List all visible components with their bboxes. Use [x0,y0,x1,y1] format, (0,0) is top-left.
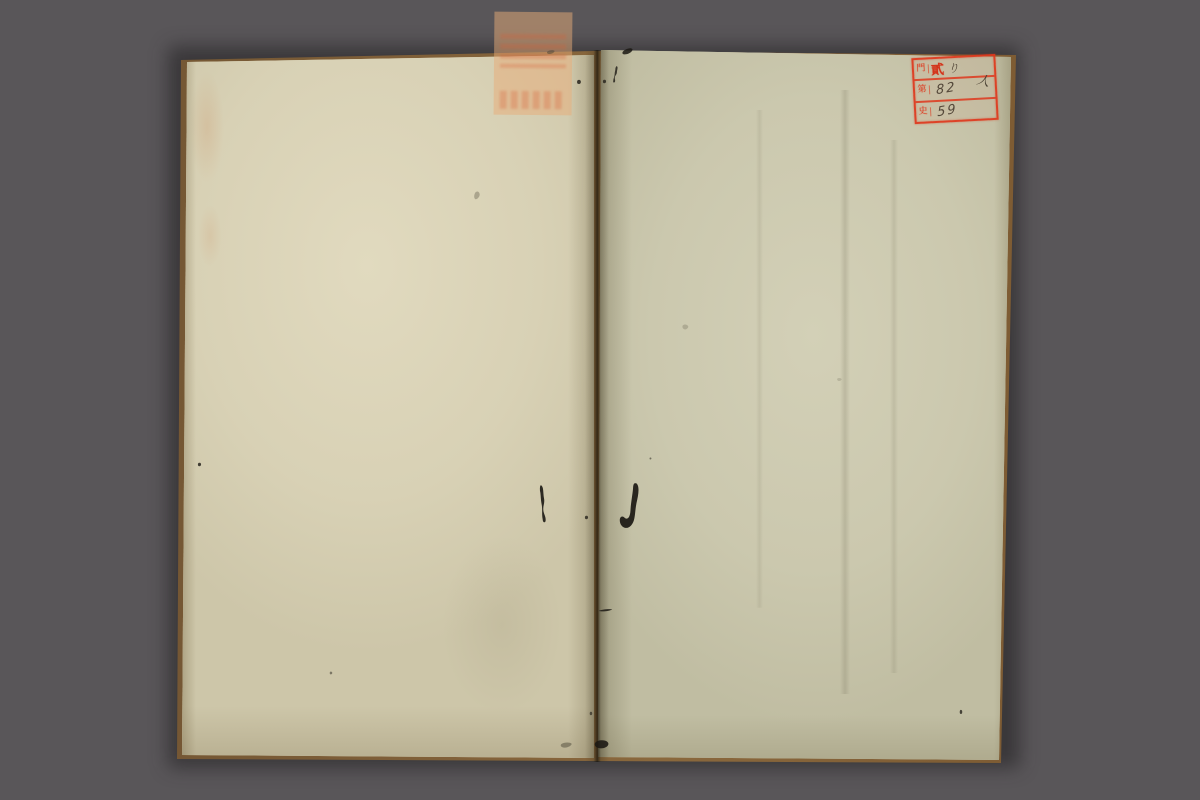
stamp-row: 史 59 [916,99,997,122]
tape-label [494,12,573,116]
spine-gutter [585,50,609,762]
right-page [598,50,1012,761]
stamp-row-label: 門 [914,65,929,75]
stamp-row-value: 59 [931,101,997,119]
left-page [182,55,594,758]
stamp-stamped-char: 貳 [930,59,944,79]
stamp-handwritten: り [948,59,959,77]
stamp-handwritten: 59 [937,101,958,120]
book: 門 貳 り 第 82 史 59 人 [0,0,1200,800]
photo-scene: 門 貳 り 第 82 史 59 人 [0,0,1200,800]
stamp-row-label: 史 [916,107,931,117]
stamp-row-label: 第 [915,86,930,96]
stamp-handwritten: 82 [936,80,957,99]
